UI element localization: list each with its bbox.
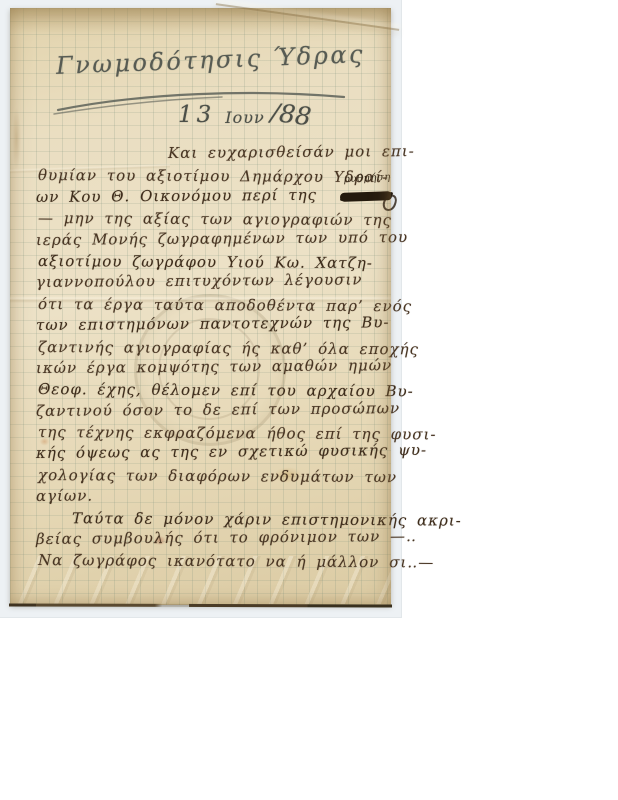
handwritten-line: ικών έργα κομψότης των αμαθών ημών [36,356,390,380]
handwritten-line: ζαντινού όσον το δε επί των προσώπων [36,399,390,423]
handwritten-body: Και ευχαρισθείσάν μοι επι-θυμίαν του αξι… [36,145,390,573]
date-day: 13 [178,102,215,128]
handwritten-line: γιαννοπούλου επιτυχόντων λέγουσιν [36,271,390,295]
handwritten-line: των επιστημόνων παντοτεχνών της Βυ- [36,313,390,337]
date-month: Ιουν [225,108,264,127]
handwritten-line: κής όψεως ας της εν σχετικώ φυσικής ψυ- [36,442,390,466]
paper-stain [11,100,22,178]
handwritten-line: Και ευχαρισθείσάν μοι επι- [36,142,390,166]
handwritten-line: Να ζωγράφος ικανότατο να ή μάλλον σι‥— [38,551,392,575]
date-year: /88 [269,98,312,132]
handwritten-line: αγίων. [36,484,390,508]
handwritten-line: ων Κου Θ. Οικονόμου περί της [36,185,390,209]
letter-date: 13 Ιουν /88 [178,102,311,131]
letter-page: Γνωμοδότησις Ύδρας 13 Ιουν /88 Και ευχαρ… [10,8,391,605]
scanned-letter-image: Γνωμοδότησις Ύδρας 13 Ιουν /88 Και ευχαρ… [0,0,618,800]
ink-strikethrough-blot [340,191,392,202]
handwritten-line: ιεράς Μονής ζωγραφημένων των υπό του [36,228,390,252]
handwritten-line: βείας συμβουλής ότι το φρόνιμον των —‥ [36,527,390,551]
